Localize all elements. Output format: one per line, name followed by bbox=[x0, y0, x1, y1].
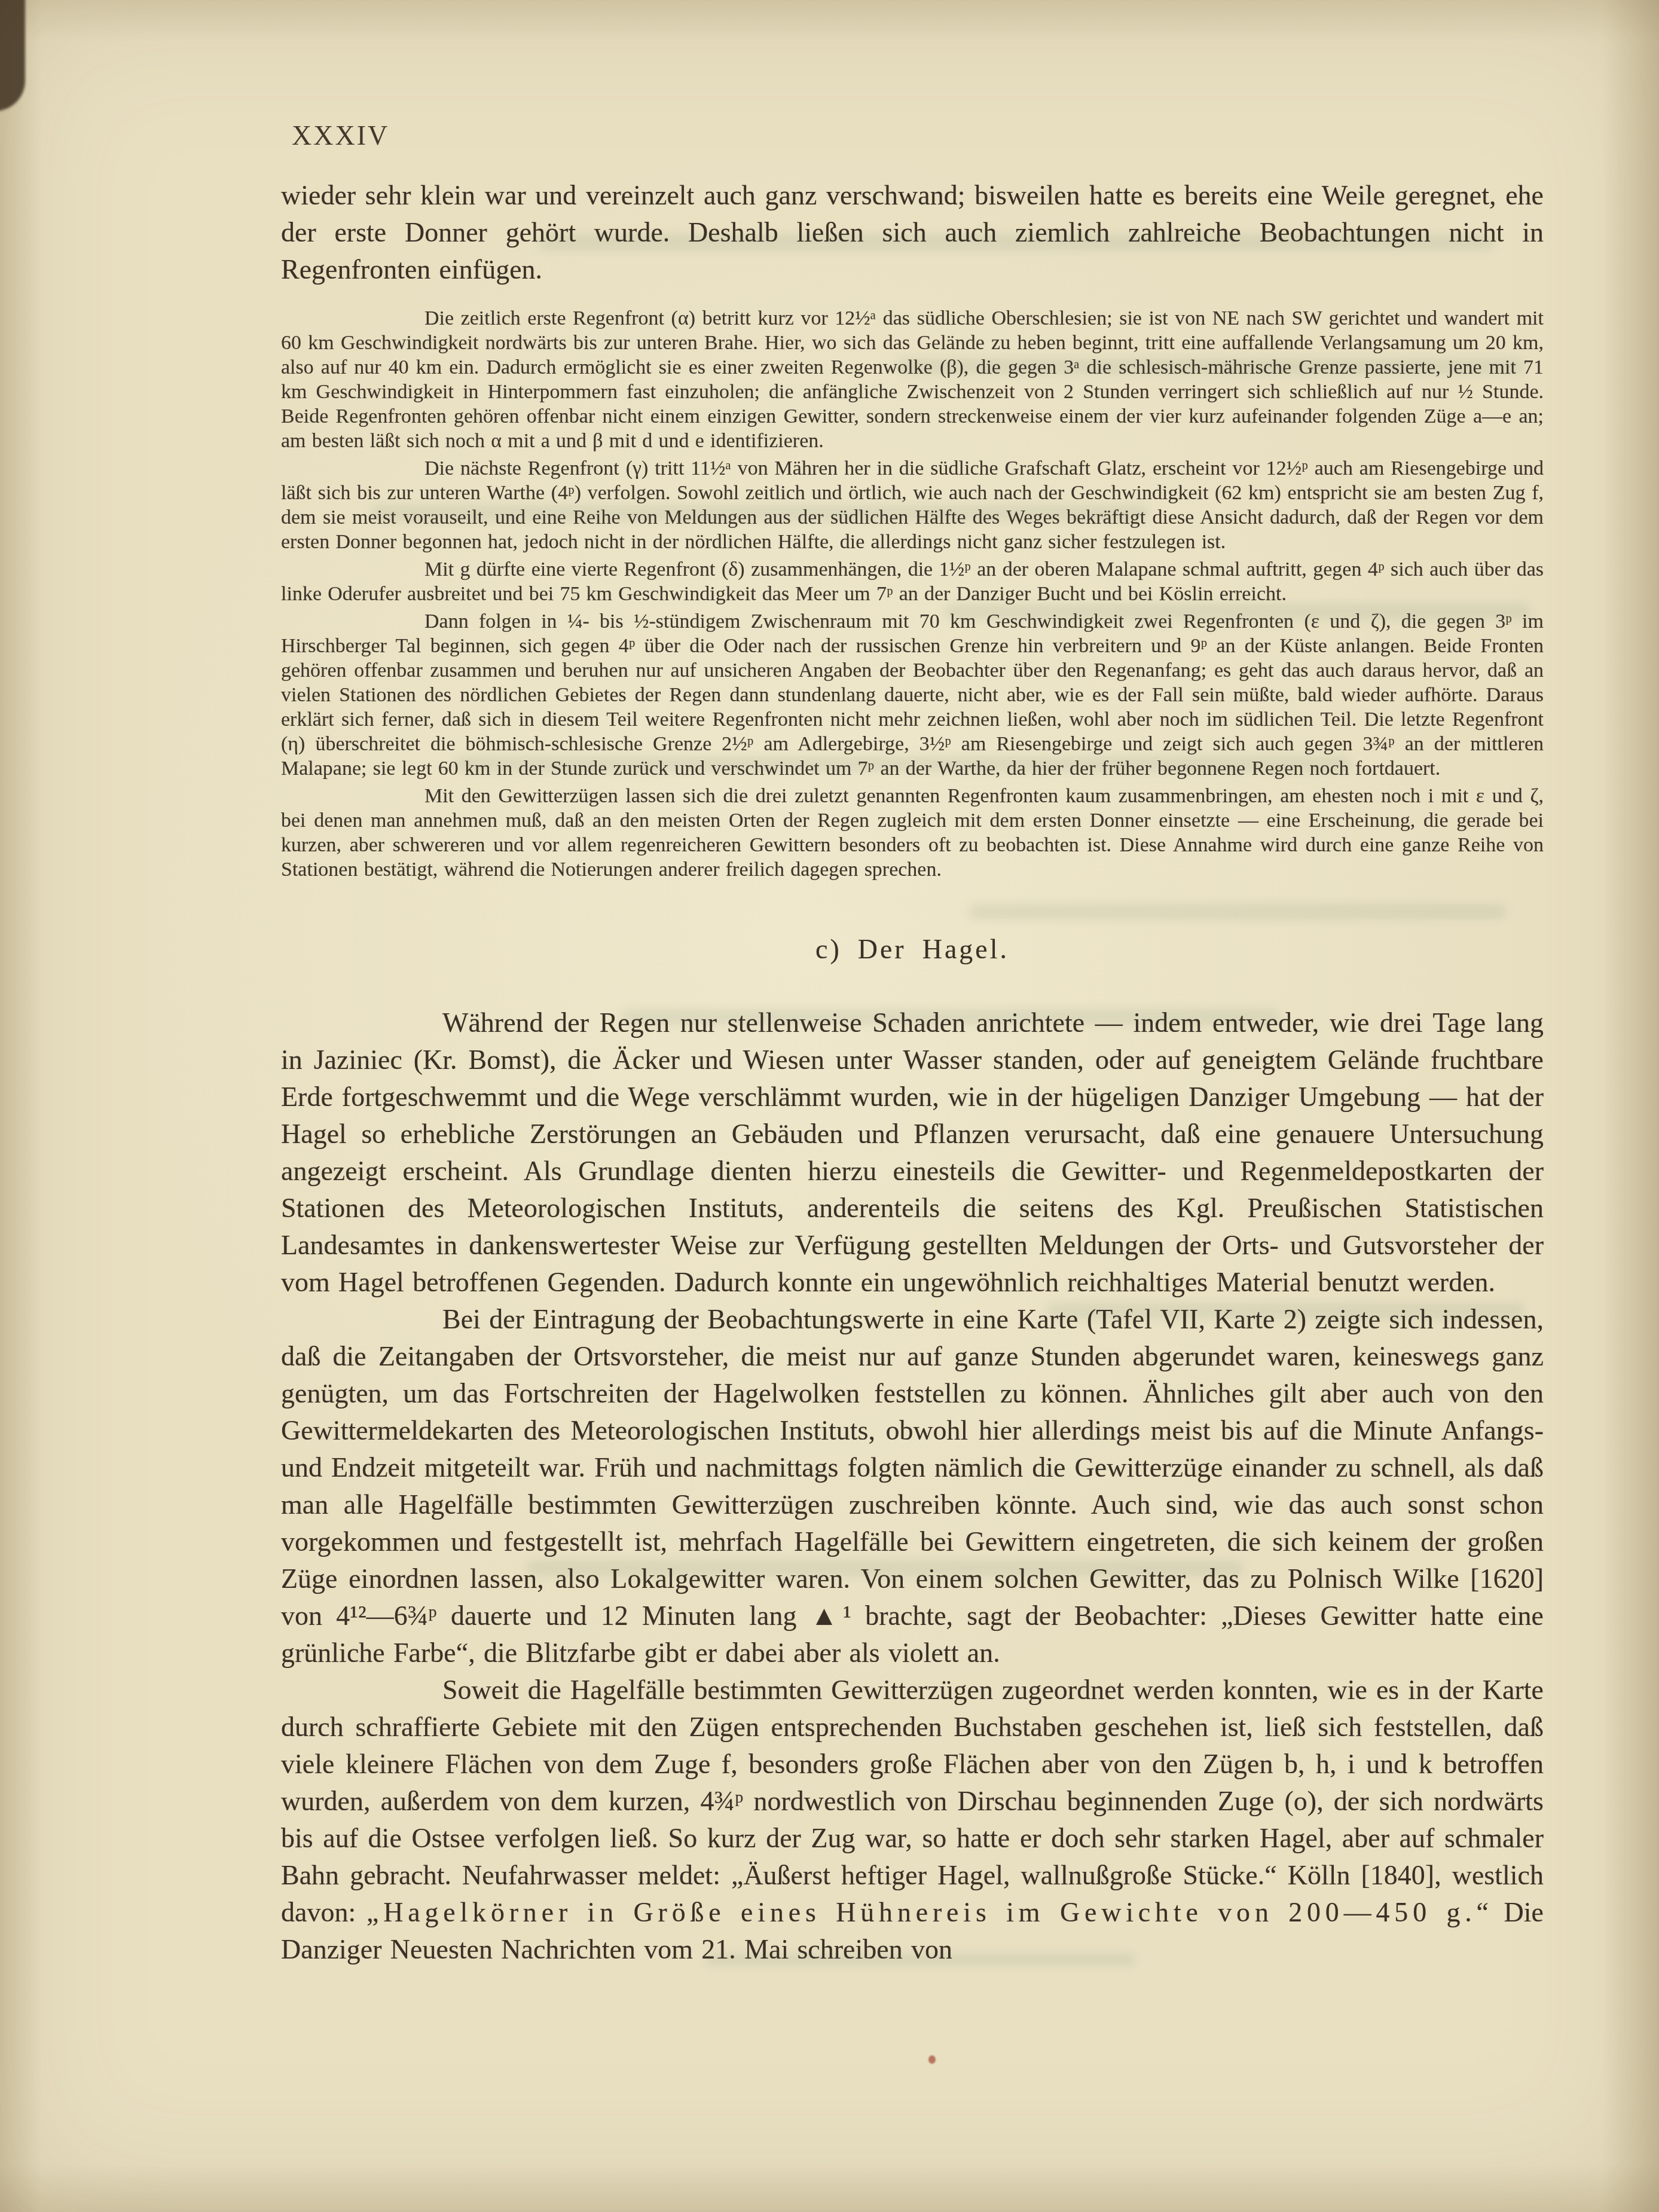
paragraph-regenfront-gamma: Die nächste Regenfront (γ) tritt 11½ᵃ vo… bbox=[281, 456, 1544, 554]
page-number: XXXIV bbox=[292, 120, 389, 151]
paragraph-regenfront-epsilon-zeta-eta: Dann folgen in ¼- bis ½-stündigem Zwisch… bbox=[281, 609, 1544, 781]
paragraph-hagel-karten: Bei der Eintragung der Beobachtungswerte… bbox=[281, 1301, 1544, 1672]
paragraph-intro-runover: wieder sehr klein war und vereinzelt auc… bbox=[281, 177, 1544, 288]
hagel-zuordnung-text: Soweit die Hagelfälle bestimmten Gewitte… bbox=[281, 1675, 1544, 1927]
paper-speck bbox=[928, 2055, 936, 2064]
paragraph-gewitterzuege-vergleich: Mit den Gewitterzügen lassen sich die dr… bbox=[281, 784, 1544, 882]
scan-corner-artifact bbox=[0, 0, 25, 111]
paragraph-hagel-zuordnung: Soweit die Hagelfälle bestimmten Gewitte… bbox=[281, 1672, 1544, 1968]
quote-hagelkoerner-spaced: „Hagelkörner in Größe eines Hühnereis im… bbox=[366, 1897, 1493, 1927]
petit-section-regenfronten: Die zeitlich erste Regenfront (α) betrit… bbox=[281, 306, 1544, 882]
scanned-page: XXXIV wieder sehr klein war und vereinze… bbox=[0, 0, 1659, 2212]
paragraph-hagel-einleitung: Während der Regen nur stellenweise Schad… bbox=[281, 1004, 1544, 1301]
section-heading-der-hagel: c) Der Hagel. bbox=[281, 933, 1544, 965]
paragraph-regenfront-alpha-beta: Die zeitlich erste Regenfront (α) betrit… bbox=[281, 306, 1544, 453]
text-column: wieder sehr klein war und vereinzelt auc… bbox=[281, 177, 1544, 1968]
paragraph-regenfront-delta: Mit g dürfte eine vierte Regenfront (δ) … bbox=[281, 557, 1544, 606]
